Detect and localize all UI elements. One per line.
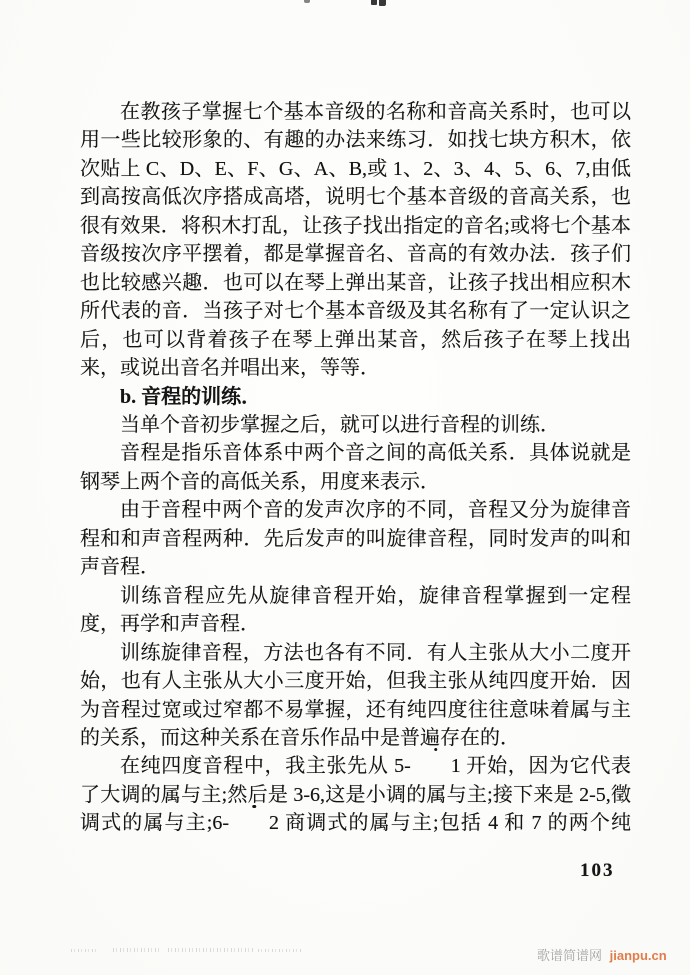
scan-ink-speck: [371, 0, 377, 5]
paragraph: 在教孩子掌握七个基本音级的名称和音高关系时，也可以用一些比较形象的、有趣的办法来…: [80, 98, 631, 383]
page-text: 在教孩子掌握七个基本音级的名称和音高关系时，也可以用一些比较形象的、有趣的办法来…: [80, 98, 631, 838]
watermark: 歌谱简谱网 jianpu.cn: [537, 945, 667, 964]
watermark-site-name: 歌谱简谱网: [537, 948, 602, 963]
print-bleed-artifact: [258, 949, 303, 952]
paragraph: 由于音程中两个音的发声次序的不同，音程又分为旋律音程和和声音程两种．先后发声的叫…: [80, 496, 631, 581]
paragraph: 音程是指乐音体系中两个音之间的高低关系．具体说就是钢琴上两个音的高低关系，用度来…: [80, 439, 631, 496]
jianpu-high-octave-digit: 1: [411, 752, 461, 780]
paragraph: 在纯四度音程中，我主张先从 5-1 开始，因为它代表了大调的属与主;然后是 3-…: [80, 752, 631, 837]
paragraph: 训练音程应先从旋律音程开始，旋律音程掌握到一定程度，再学和声音程．: [80, 582, 631, 639]
text-segment: 商调式的属与主;包括 4 和 7 的两个纯: [279, 812, 631, 834]
scan-ink-speck: [379, 0, 386, 6]
text-segment: 在纯四度音程中，我主张先从 5-: [120, 755, 411, 777]
paragraph: 训练旋律音程，方法也各有不同．有人主张从大小二度开始，也有人主张从大小三度开始，…: [80, 639, 631, 753]
paragraph: 当单个音初步掌握之后，就可以进行音程的训练．: [80, 411, 631, 439]
scanned-book-page: 在教孩子掌握七个基本音级的名称和音高关系时，也可以用一些比较形象的、有趣的办法来…: [0, 0, 690, 975]
print-bleed-artifact: [71, 949, 96, 952]
page-number: 103: [580, 860, 615, 882]
print-bleed-artifact: [113, 948, 160, 952]
section-heading: b. 音程的训练．: [80, 383, 631, 411]
print-bleed-artifact: [168, 948, 254, 952]
scan-ink-speck: [304, 0, 310, 3]
watermark-site-url: jianpu.cn: [610, 948, 667, 963]
jianpu-high-octave-digit: 2: [229, 809, 279, 837]
